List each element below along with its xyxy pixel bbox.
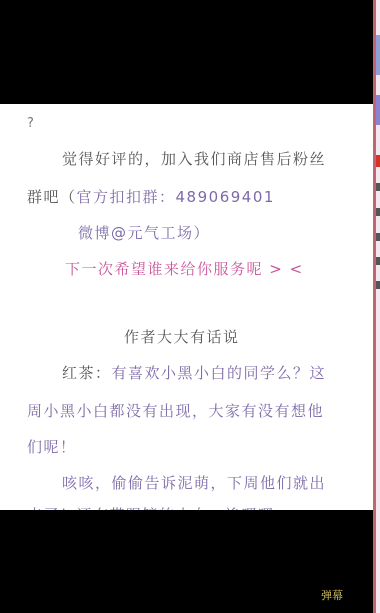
video-top-letterbox	[0, 0, 373, 104]
para3-line1-body: 有喜欢小黑小白的同学么？这	[112, 364, 327, 382]
video-bottom-letterbox	[0, 510, 373, 613]
speaker-label: 红茶：	[62, 364, 112, 382]
qq-group-text: 官方扣扣群：489069401	[77, 188, 275, 206]
para3-line2: 周小黑小白都没有出现，大家有没有想他	[27, 400, 324, 421]
para1-line2-prefix: 群吧（	[27, 188, 77, 206]
para3-line1: 红茶：有喜欢小黑小白的同学么？这	[62, 362, 326, 383]
side-panel-edge	[373, 0, 380, 613]
video-frame-article-image: ? 觉得好评的，加入我们商店售后粉丝 群吧（官方扣扣群：489069401 微博…	[0, 104, 373, 510]
weibo-text: 微博@元气工场）	[78, 222, 210, 243]
para1-line1: 觉得好评的，加入我们商店售后粉丝	[62, 148, 326, 169]
para3-line3: 们呢！	[27, 436, 77, 457]
stray-mark: ?	[27, 116, 35, 131]
para4-line1: 咳咳，偷偷告诉泥萌，下周他们就出	[62, 472, 326, 493]
danmaku-button[interactable]: 弹幕	[321, 587, 343, 603]
section-title: 作者大大有话说	[124, 326, 240, 347]
para2: 下一次希望谁来给你服务呢 > <	[65, 258, 304, 279]
para1-line2: 群吧（官方扣扣群：489069401	[27, 186, 275, 207]
